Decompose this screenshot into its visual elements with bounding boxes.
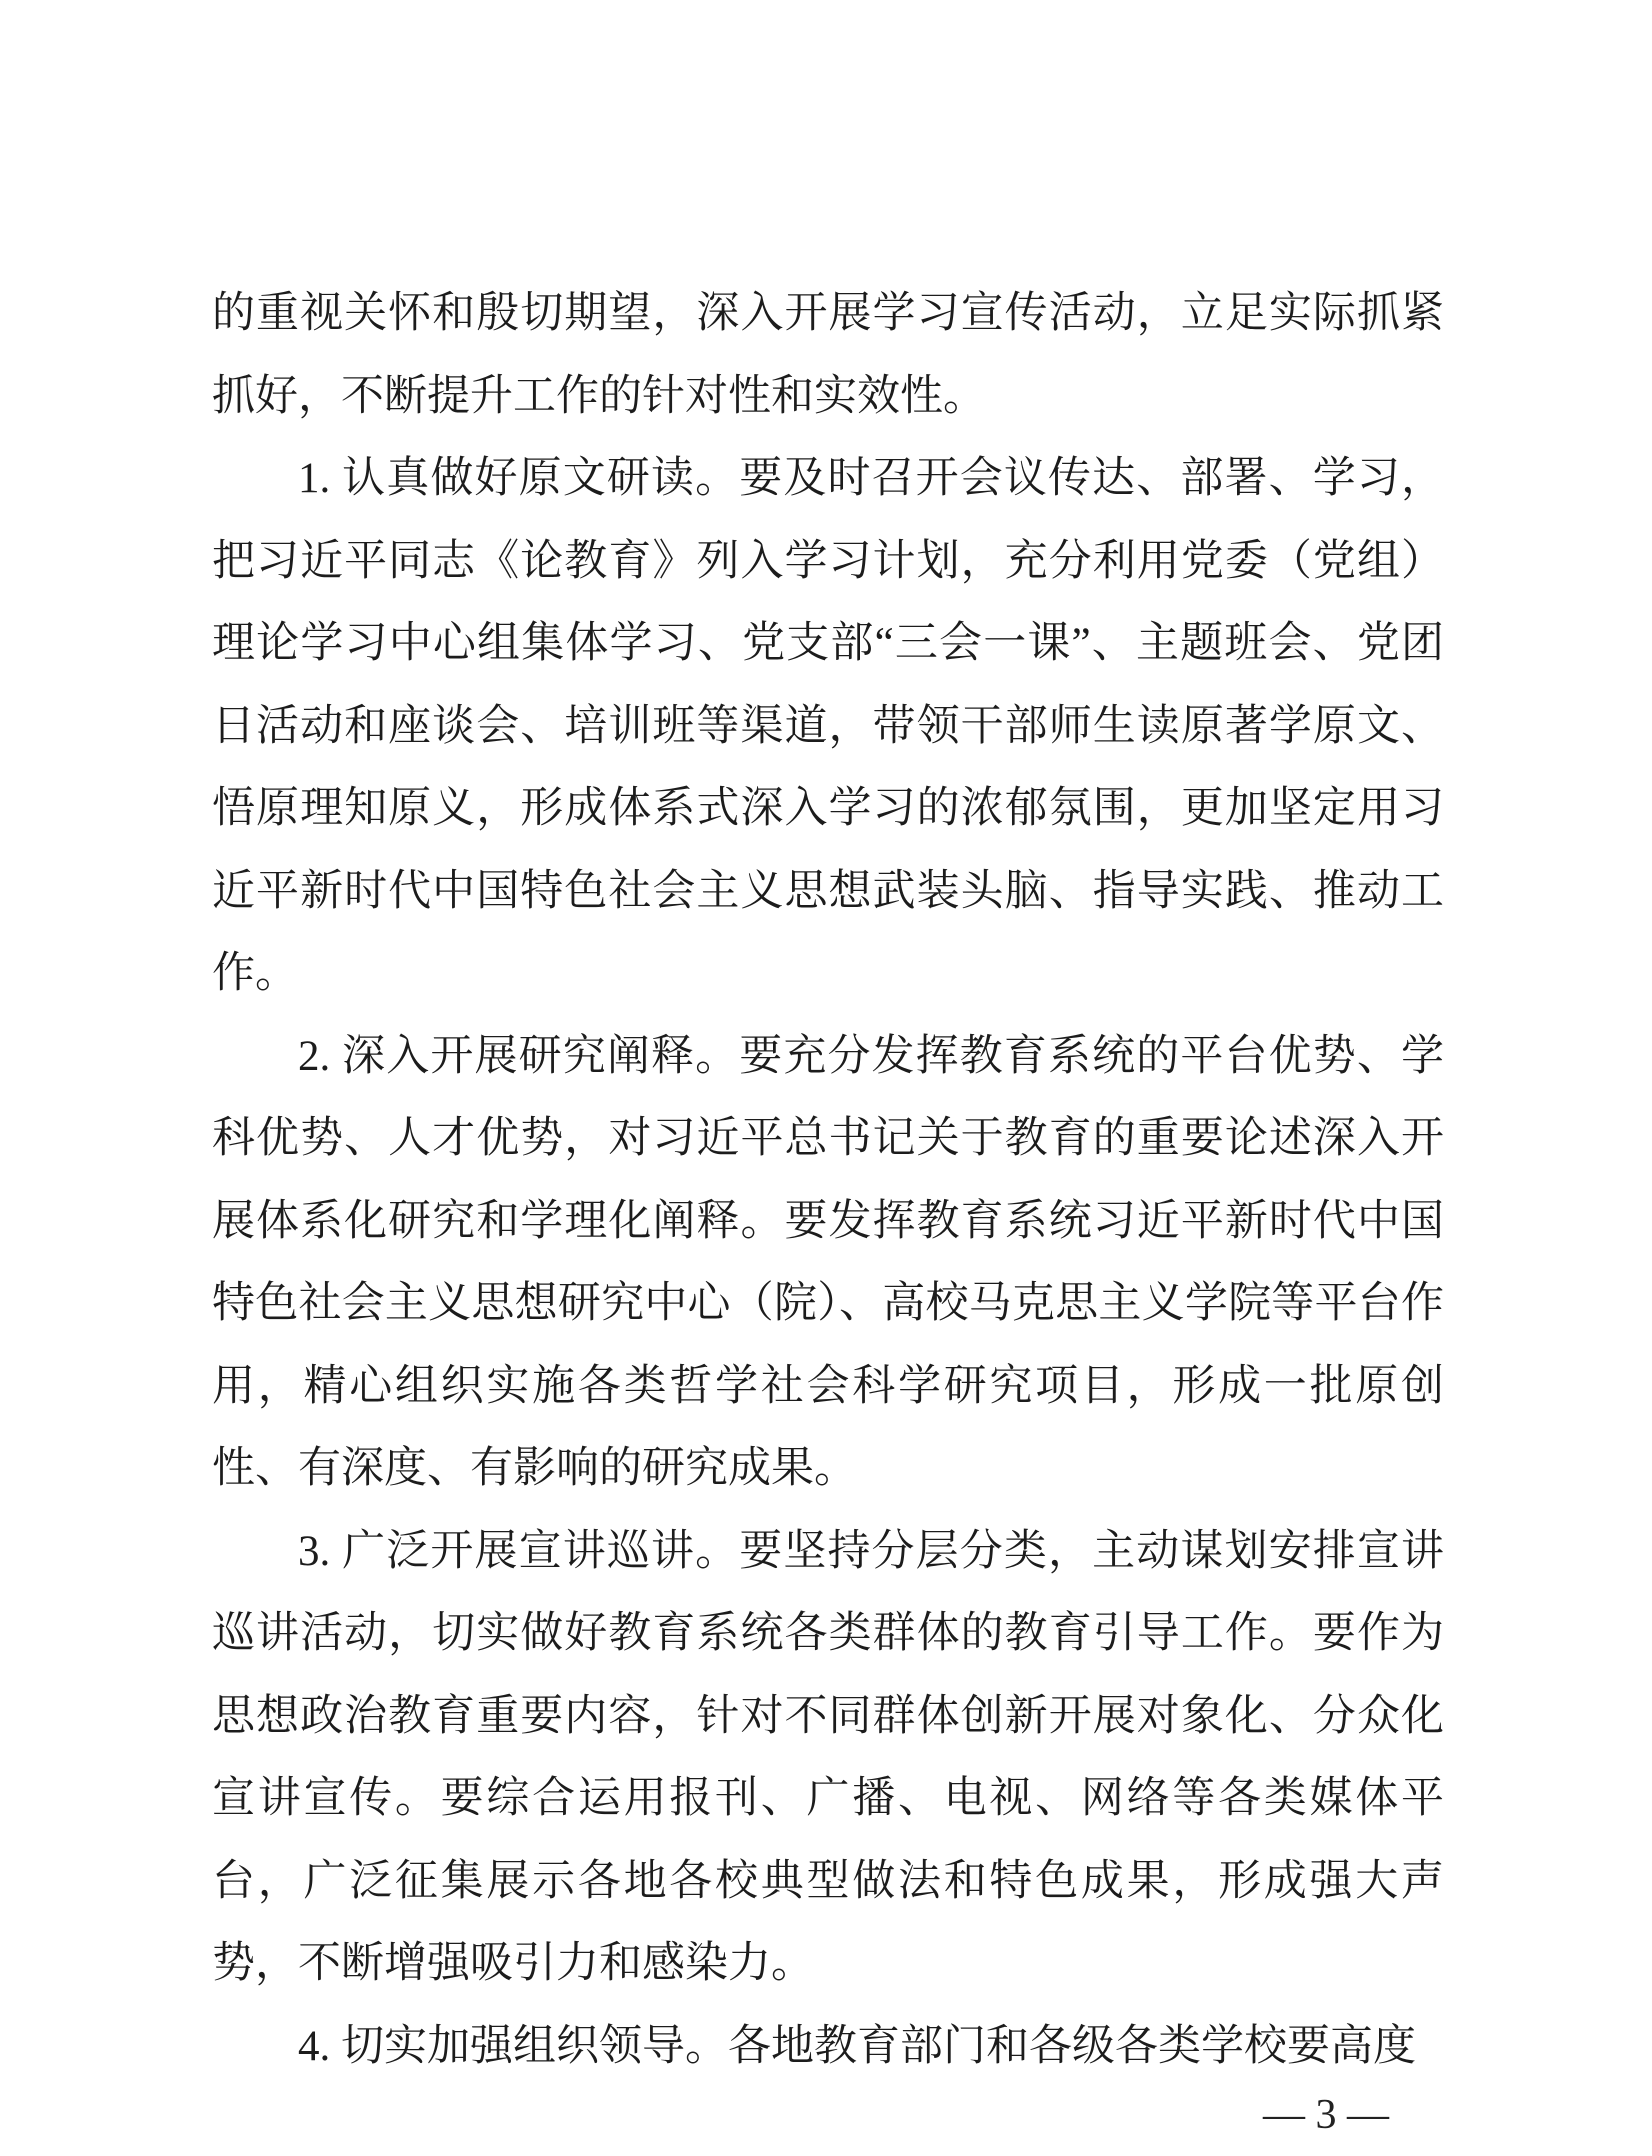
paragraph-item-2-research-interpretation: 2. 深入开展研究阐释。要充分发挥教育系统的平台优势、学科优势、人才优势，对习近… — [212, 1016, 1444, 1511]
paragraph-item-3-lecture-tours: 3. 广泛开展宣讲巡讲。要坚持分层分类，主动谋划安排宣讲巡讲活动，切实做好教育系… — [212, 1511, 1444, 2006]
paragraph-item-1-original-text-study: 1. 认真做好原文研读。要及时召开会议传达、部署、学习，把习近平同志《论教育》列… — [212, 438, 1444, 1016]
paragraph-continuation: 的重视关怀和殷切期望，深入开展学习宣传活动，立足实际抓紧抓好，不断提升工作的针对… — [212, 273, 1444, 438]
page-number: — 3 — — [1263, 2092, 1389, 2138]
paragraph-item-4-organizational-leadership: 4. 切实加强组织领导。各地教育部门和各级各类学校要高度 — [212, 2006, 1444, 2089]
document-page: 的重视关怀和殷切期望，深入开展学习宣传活动，立足实际抓紧抓好，不断提升工作的针对… — [0, 0, 1652, 2156]
document-body-text: 的重视关怀和殷切期望，深入开展学习宣传活动，立足实际抓紧抓好，不断提升工作的针对… — [212, 273, 1444, 2088]
